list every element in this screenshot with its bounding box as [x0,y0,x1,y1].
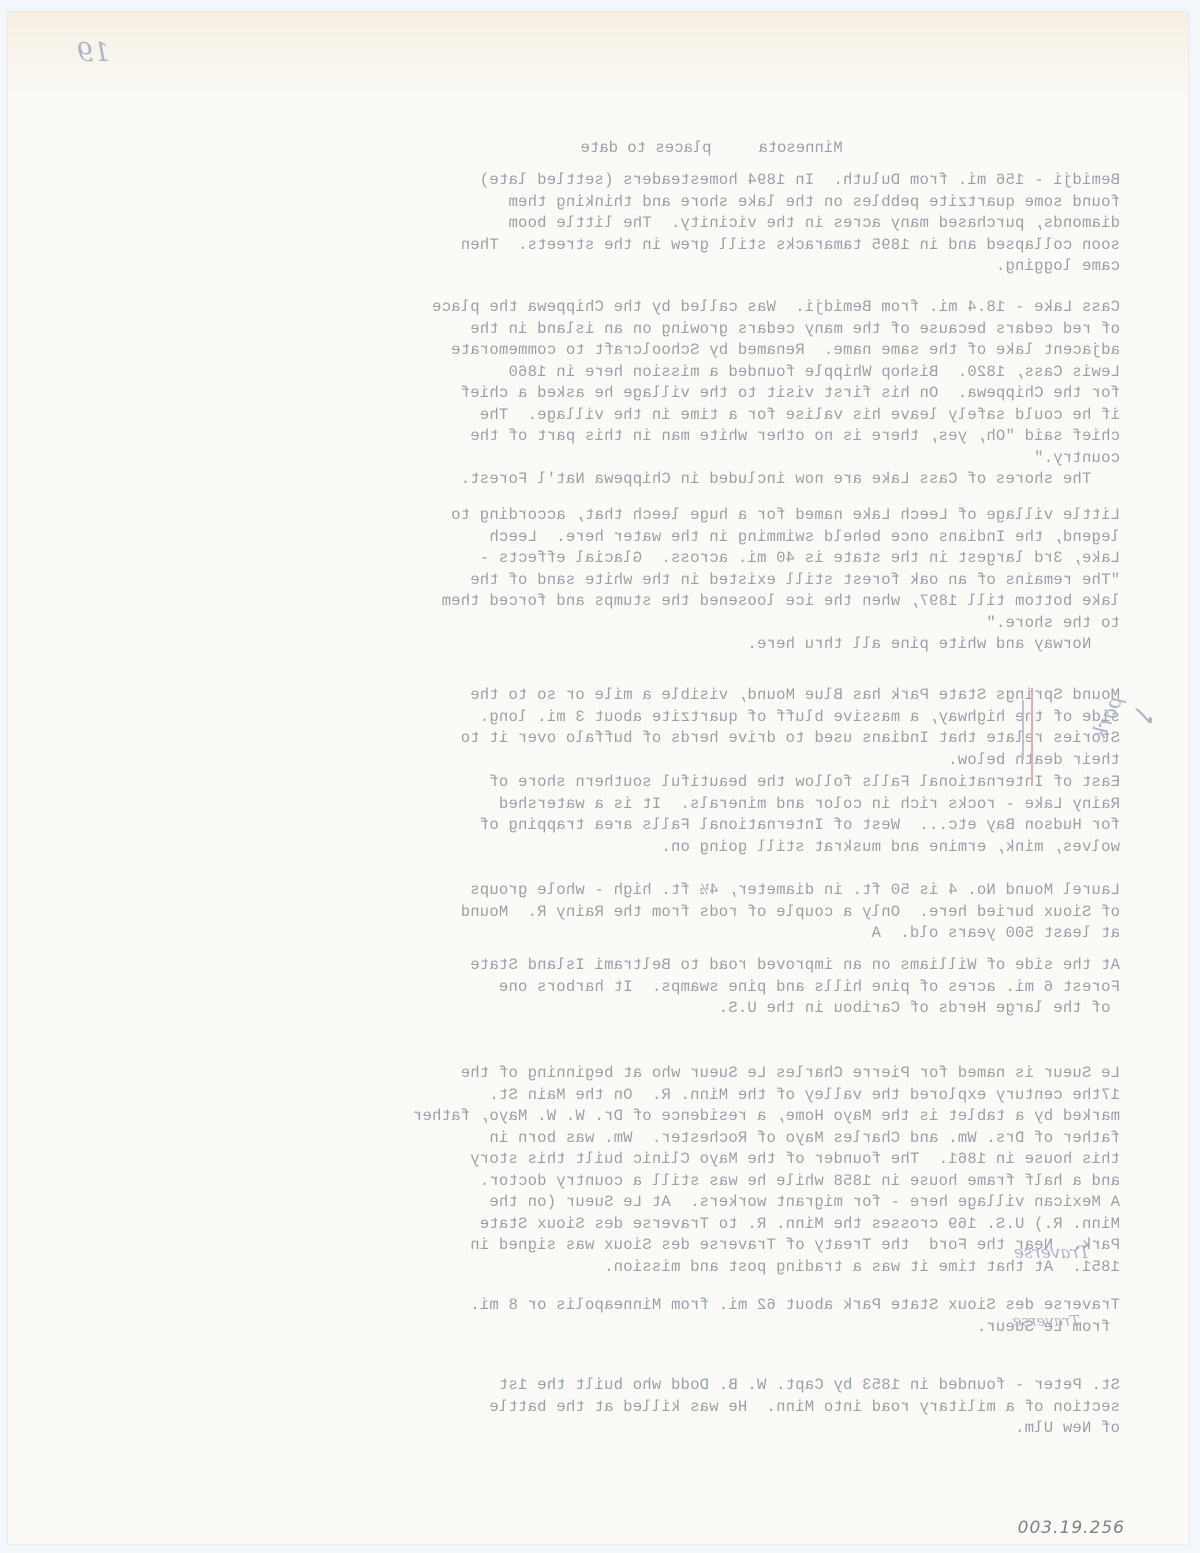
paragraph-cass-lake: Cass Lake - 18.4 mi. from Bemidji. Was c… [432,297,1120,491]
paragraph-laurel-mound: Laurel Mound No. 4 is 50 ft. in diameter… [461,880,1121,945]
text-line: for Hudson Bay etc... West of Internatio… [480,815,1120,837]
text-line: section of a military road into Minn. He… [489,1397,1120,1419]
text-line: East of International Falls follow the b… [480,772,1120,794]
text-line: chief said "Oh, yes, there is no other w… [432,426,1120,448]
text-line: Forest 6 mi. acres of pine hills and pin… [470,977,1120,999]
text-line: Laurel Mound No. 4 is 50 ft. in diameter… [461,880,1121,902]
text-line: to the shore." [441,613,1120,635]
text-line: A Mexican village here - for migrant wor… [413,1192,1120,1214]
text-line: of the large Herds of Caribou in the U.S… [470,998,1120,1020]
text-line: 17the century explored the valley of the… [413,1085,1120,1107]
text-line: lake bottom till 1897, when the ice loos… [441,591,1120,613]
text-line: if he could safely leave his valise for … [432,405,1120,427]
handwritten-page-number: 19 [77,38,110,68]
paragraph-bemidji: Bemidji - 156 mi. from Duluth. In 1894 h… [461,170,1121,278]
handwritten-note-traverse-1: Traverse [1014,1243,1090,1263]
text-line: Lewis Cass, 1820. Bishop Whipple founded… [432,362,1120,384]
text-line: of red cedars because of the many cedars… [432,319,1120,341]
header-state: Minnesota [758,139,842,157]
red-margin-line [1031,688,1033,782]
text-line: legend, the Indians once beheld swimming… [441,527,1120,549]
text-line: Bemidji - 156 mi. from Duluth. In 1894 h… [461,170,1121,192]
text-line: and a half frame house in 1858 while he … [413,1171,1120,1193]
text-line: Cass Lake - 18.4 mi. from Bemidji. Was c… [432,297,1120,319]
header-subtitle: places to date [581,139,712,157]
text-line: Norway and white pine all thru here. [441,634,1120,656]
text-line: Lake, 3rd largest in the state is 40 mi.… [441,548,1120,570]
text-line: "The remains of an oak forest still exis… [441,570,1120,592]
text-line: father of Drs. Wm. and Charles Mayo of R… [413,1128,1120,1150]
check-mark-icon: ✓ [1135,700,1158,733]
paragraph-international-falls: East of International Falls follow the b… [480,772,1120,858]
page-header: Minnesota places to date [581,121,880,175]
text-line: country." [432,448,1120,470]
text-line: soon collapsed and in 1895 tamaracks sti… [461,235,1121,257]
text-line: of New Ulm. [489,1418,1120,1440]
text-line: found some quartzite pebbles on the lake… [461,192,1121,214]
text-line: marked by a tablet is the Mayo Home, a r… [413,1106,1120,1128]
text-line: diamonds, purchased many acres in the vi… [461,213,1121,235]
text-line: of Sioux buried here. Only a couple of r… [461,902,1121,924]
catalog-number: 003.19.256 [1018,1518,1125,1538]
text-line: at least 500 years old. A [461,923,1121,945]
paragraph-leech-lake: Little village of Leech Lake named for a… [441,505,1120,656]
text-line: At the side of Williams on an improved r… [470,955,1120,977]
text-line: this house in 1861. The founder of the M… [413,1149,1120,1171]
blue-margin-line [1022,700,1024,760]
paragraph-st-peter: St. Peter - founded in 1853 by Capt. W. … [489,1375,1120,1440]
text-line: Le Sueur is named for Pierre Charles Le … [413,1063,1120,1085]
mirrored-typed-sheet: Minnesota places to date Bemidji - 156 m… [0,0,1200,1553]
text-line: came logging. [461,256,1121,278]
text-line: wolves, mink, ermine and muskrat still g… [480,837,1120,859]
text-line: Minn. R.) U.S. 169 crosses the Minn. R. … [413,1214,1120,1236]
text-line: Little village of Leech Lake named for a… [441,505,1120,527]
handwritten-note-traverse-2: Traverse [1013,1312,1080,1330]
text-line: adjacent lake of the same name. Renamed … [432,340,1120,362]
text-line: for the Chippewa. On his first visit to … [432,383,1120,405]
text-line: St. Peter - founded in 1853 by Capt. W. … [489,1375,1120,1397]
text-line: Rainy Lake - rocks rich in color and min… [480,794,1120,816]
text-line: The shores of Cass Lake are now included… [432,469,1120,491]
paragraph-williams: At the side of Williams on an improved r… [470,955,1120,1020]
